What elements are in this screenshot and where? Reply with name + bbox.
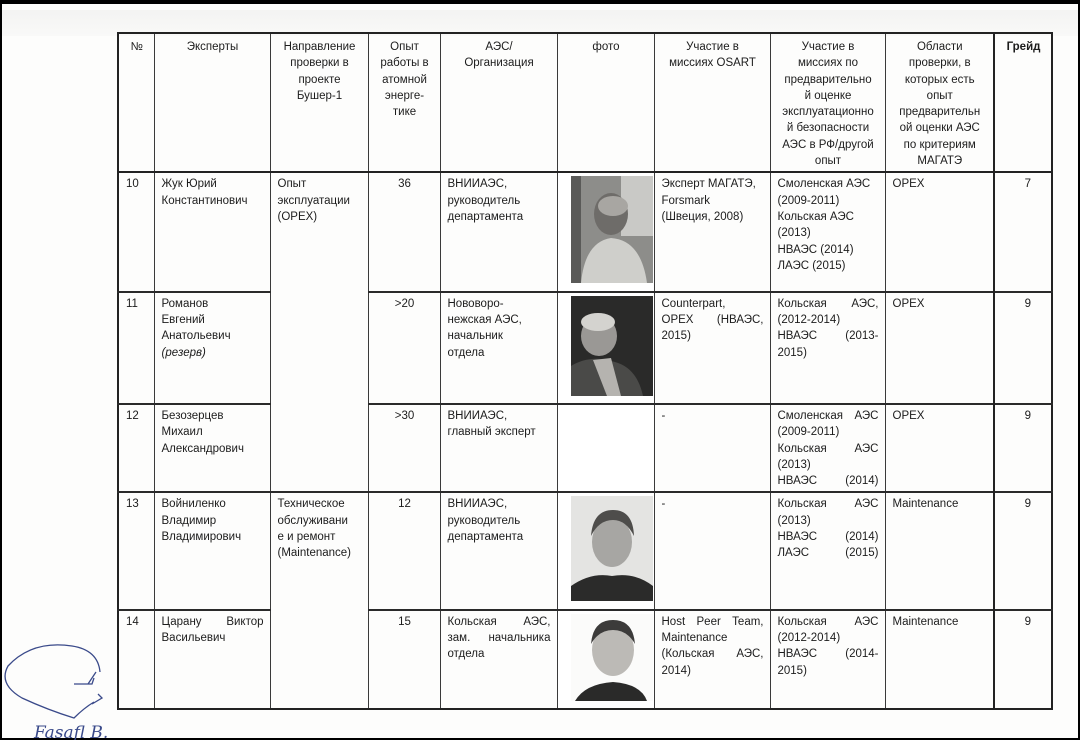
text-line: КольскаяАЭС bbox=[778, 496, 879, 512]
text-line: СмоленскаяАЭС bbox=[778, 408, 879, 424]
portrait-icon bbox=[571, 296, 653, 396]
pre-mission-participation: КольскаяАЭС(2012-2014)НВАЭС(2014-2015) bbox=[770, 610, 885, 709]
experience-years: 12 bbox=[368, 492, 440, 609]
header-pre-missions: Участие вмиссиях попредварительной оценк… bbox=[770, 33, 885, 172]
text-line: КольскаяАЭС, bbox=[448, 614, 551, 630]
photo-cell bbox=[557, 172, 654, 291]
text-line: предварительн bbox=[893, 104, 988, 120]
text-line: Васильевич bbox=[162, 630, 264, 646]
text-line: нежская АЭС, bbox=[448, 312, 551, 328]
text-line: обслуживани bbox=[278, 513, 362, 529]
portrait-icon bbox=[571, 496, 653, 601]
text-line: которых есть bbox=[893, 72, 988, 88]
text-line: (2009-2011) bbox=[778, 424, 879, 440]
table-row: 13 ВойниленкоВладимирВладимирович Технич… bbox=[118, 492, 1052, 609]
text-line: HostPeerTeam, bbox=[662, 614, 764, 630]
table-row: 11 РомановЕвгенийАнатольевич (резерв) >2… bbox=[118, 292, 1052, 404]
experts-table: № Эксперты Направлениепроверки впроектеБ… bbox=[117, 32, 1053, 710]
text-line: (2013) bbox=[778, 225, 879, 241]
text-line: (2012-2014) bbox=[778, 312, 879, 328]
text-line: НВАЭС(2014- bbox=[778, 646, 879, 662]
text-line: АЭС/ bbox=[448, 39, 551, 55]
text-line: Эксперт МАГАТЭ, bbox=[662, 176, 764, 192]
text-line: эксплуатации bbox=[278, 193, 362, 209]
text-line: 2015) bbox=[778, 663, 879, 679]
text-line: Техническое bbox=[278, 496, 362, 512]
text-line: НВАЭС(2014) bbox=[778, 529, 879, 545]
organization: КольскаяАЭС,зам.начальникаотдела bbox=[440, 610, 557, 709]
pre-mission-participation: КольскаяАЭС(2013)НВАЭС(2014)ЛАЭС(2015) bbox=[770, 492, 885, 609]
text-line: Области bbox=[893, 39, 988, 55]
expert-photo bbox=[571, 296, 653, 401]
text-line: работы в bbox=[376, 55, 434, 71]
text-line: Владимир bbox=[162, 513, 264, 529]
expert-name: БезозерцевМихаилАлександрович bbox=[154, 404, 270, 492]
text-line: ВНИИАЭС, bbox=[448, 496, 551, 512]
text-line: атомной bbox=[376, 72, 434, 88]
header-experience: Опытработы ватомнойэнерге-тике bbox=[368, 33, 440, 172]
text-line: миссиях OSART bbox=[662, 55, 764, 71]
text-line: (2013) bbox=[778, 513, 879, 529]
text-line: проверки в bbox=[278, 55, 362, 71]
grade-value: 9 bbox=[994, 404, 1052, 492]
photo-cell bbox=[557, 292, 654, 404]
scanned-page: № Эксперты Направлениепроверки впроектеБ… bbox=[2, 4, 1078, 738]
portrait-icon bbox=[571, 176, 653, 283]
expert-name: РомановЕвгенийАнатольевич (резерв) bbox=[154, 292, 270, 404]
text-line: Александрович bbox=[162, 441, 264, 457]
osart-participation: Counterpart,OPEX(НВАЭС,2015) bbox=[654, 292, 770, 404]
row-number: 13 bbox=[118, 492, 154, 609]
text-line: КольскаяАЭС bbox=[778, 614, 879, 630]
text-line: миссиях по bbox=[778, 55, 879, 71]
pre-mission-participation: СмоленскаяАЭС(2009-2011)КольскаяАЭС(2013… bbox=[770, 404, 885, 492]
text-line: эксплуатационно bbox=[778, 104, 879, 120]
review-area: Maintenance bbox=[885, 492, 994, 609]
text-line: главный эксперт bbox=[448, 424, 551, 440]
text-line: 2015) bbox=[778, 345, 879, 361]
text-line: Counterpart, bbox=[662, 296, 764, 312]
text-line: по критериям bbox=[893, 137, 988, 153]
osart-participation: - bbox=[654, 404, 770, 492]
text-line: НВАЭС(2013- bbox=[778, 328, 879, 344]
text-line: ЛАЭС(2015) bbox=[778, 545, 879, 561]
text-line: Михаил bbox=[162, 424, 264, 440]
text-line: предварительно bbox=[778, 72, 879, 88]
text-line: опыт bbox=[893, 88, 988, 104]
review-area: Maintenance bbox=[885, 610, 994, 709]
review-area: OPEX bbox=[885, 404, 994, 492]
text-line: руководитель bbox=[448, 513, 551, 529]
text-line: Бушер-1 bbox=[278, 88, 362, 104]
text-line: - bbox=[662, 408, 764, 424]
text-line: (OPEX) bbox=[278, 209, 362, 225]
text-line: Направление bbox=[278, 39, 362, 55]
text-line: зам.начальника bbox=[448, 630, 551, 646]
text-line: е и ремонт bbox=[278, 529, 362, 545]
text-line: Смоленская АЭС bbox=[778, 176, 879, 192]
text-line: начальник bbox=[448, 328, 551, 344]
text-line: Безозерцев bbox=[162, 408, 264, 424]
expert-photo bbox=[571, 176, 653, 288]
organization: Нововоро-нежская АЭС,начальникотдела bbox=[440, 292, 557, 404]
text-line: МАГАТЭ bbox=[893, 153, 988, 169]
table-row: 14 ЦарануВикторВасильевич 15 КольскаяАЭС… bbox=[118, 610, 1052, 709]
text-line: департамента bbox=[448, 529, 551, 545]
text-line: Романов bbox=[162, 296, 264, 312]
pre-mission-participation: Смоленская АЭС(2009-2011)Кольская АЭС(20… bbox=[770, 172, 885, 291]
text-line: (2013) bbox=[778, 457, 879, 473]
text-line: (Швеция, 2008) bbox=[662, 209, 764, 225]
photo-cell bbox=[557, 610, 654, 709]
text-line: ЦарануВиктор bbox=[162, 614, 264, 630]
text-line: отдела bbox=[448, 646, 551, 662]
text-line: отдела bbox=[448, 345, 551, 361]
text-line: Константинович bbox=[162, 193, 264, 209]
header-experts: Эксперты bbox=[154, 33, 270, 172]
text-line: АЭС в РФ/другой bbox=[778, 137, 879, 153]
photo-cell bbox=[557, 492, 654, 609]
signature-text: Fasafl B. bbox=[33, 723, 108, 740]
text-line: (2009-2011) bbox=[778, 193, 879, 209]
table-header: № Эксперты Направлениепроверки впроектеБ… bbox=[118, 33, 1052, 172]
text-line: энерге- bbox=[376, 88, 434, 104]
organization: ВНИИАЭС,руководительдепартамента bbox=[440, 492, 557, 609]
text-line: (2012-2014) bbox=[778, 630, 879, 646]
table-row: 12 БезозерцевМихаилАлександрович >30 ВНИ… bbox=[118, 404, 1052, 492]
header-grade: Грейд bbox=[994, 33, 1052, 172]
text-line: опыт bbox=[778, 153, 879, 169]
review-area: OPEX bbox=[885, 292, 994, 404]
experience-years: 15 bbox=[368, 610, 440, 709]
text-line: Жук Юрий bbox=[162, 176, 264, 192]
grade-value: 9 bbox=[994, 292, 1052, 404]
grade-value: 9 bbox=[994, 492, 1052, 609]
text-line: ой оценки АЭС bbox=[893, 120, 988, 136]
header-areas: Областипроверки, вкоторых естьопытпредва… bbox=[885, 33, 994, 172]
header-direction: Направлениепроверки впроектеБушер-1 bbox=[270, 33, 368, 172]
text-line: Организация bbox=[448, 55, 551, 71]
text-line: Участие в bbox=[778, 39, 879, 55]
header-photo: фото bbox=[557, 33, 654, 172]
osart-participation: Эксперт МАГАТЭ,Forsmark(Швеция, 2008) bbox=[654, 172, 770, 291]
text-line: Forsmark bbox=[662, 193, 764, 209]
direction-opex: Опытэксплуатации(OPEX) bbox=[270, 172, 368, 492]
grade-value: 9 bbox=[994, 610, 1052, 709]
expert-photo bbox=[571, 614, 653, 706]
text-line: проекте bbox=[278, 72, 362, 88]
text-line: Опыт bbox=[278, 176, 362, 192]
text-line: руководитель bbox=[448, 193, 551, 209]
text-line: департамента bbox=[448, 209, 551, 225]
text-line: НВАЭС (2014) bbox=[778, 242, 879, 258]
osart-participation: - bbox=[654, 492, 770, 609]
text-line: Кольская АЭС bbox=[778, 209, 879, 225]
table-row: 10 Жук ЮрийКонстантинович Опытэксплуатац… bbox=[118, 172, 1052, 291]
header-num: № bbox=[118, 33, 154, 172]
row-number: 12 bbox=[118, 404, 154, 492]
text-line: й оценке bbox=[778, 88, 879, 104]
text-line: тике bbox=[376, 104, 434, 120]
header-organization: АЭС/Организация bbox=[440, 33, 557, 172]
reserve-note: (резерв) bbox=[162, 345, 264, 361]
text-line: ЛАЭС (2015) bbox=[778, 258, 879, 274]
text-line: Участие в bbox=[662, 39, 764, 55]
text-line: Владимирович bbox=[162, 529, 264, 545]
text-line: Анатольевич bbox=[162, 328, 264, 344]
text-line: (КольскаяАЭС, bbox=[662, 646, 764, 662]
text-line: - bbox=[662, 496, 764, 512]
portrait-icon bbox=[571, 614, 653, 701]
text-line: 2014) bbox=[662, 663, 764, 679]
expert-name: ВойниленкоВладимирВладимирович bbox=[154, 492, 270, 609]
text-line: Евгений bbox=[162, 312, 264, 328]
organization: ВНИИАЭС,руководительдепартамента bbox=[440, 172, 557, 291]
experience-years: 36 bbox=[368, 172, 440, 291]
text-line: Maintenance bbox=[662, 630, 764, 646]
row-number: 11 bbox=[118, 292, 154, 404]
text-line: Опыт bbox=[376, 39, 434, 55]
osart-participation: HostPeerTeam,Maintenance(КольскаяАЭС,201… bbox=[654, 610, 770, 709]
expert-photo bbox=[571, 496, 653, 606]
text-line: Нововоро- bbox=[448, 296, 551, 312]
text-line: ВНИИАЭС, bbox=[448, 176, 551, 192]
expert-name: Жук ЮрийКонстантинович bbox=[154, 172, 270, 291]
handwritten-signature: Fasafl B. bbox=[2, 632, 162, 740]
organization: ВНИИАЭС,главный эксперт bbox=[440, 404, 557, 492]
experience-years: >20 bbox=[368, 292, 440, 404]
text-line: 2015) bbox=[662, 328, 764, 344]
text-line: й безопасности bbox=[778, 120, 879, 136]
text-line: ВНИИАЭС, bbox=[448, 408, 551, 424]
text-line: НВАЭС(2014) bbox=[778, 473, 879, 489]
signature-icon: Fasafl B. bbox=[2, 632, 162, 740]
direction-maintenance: Техническоеобслуживание и ремонт(Mainten… bbox=[270, 492, 368, 709]
text-line: OPEX(НВАЭС, bbox=[662, 312, 764, 328]
text-line: Войниленко bbox=[162, 496, 264, 512]
expert-name: ЦарануВикторВасильевич bbox=[154, 610, 270, 709]
experience-years: >30 bbox=[368, 404, 440, 492]
text-line: (Maintenance) bbox=[278, 545, 362, 561]
text-line: КольскаяАЭС bbox=[778, 441, 879, 457]
name-lines: РомановЕвгенийАнатольевич bbox=[162, 296, 264, 345]
row-number: 10 bbox=[118, 172, 154, 291]
text-line: проверки, в bbox=[893, 55, 988, 71]
review-area: OPEX bbox=[885, 172, 994, 291]
header-osart: Участие вмиссиях OSART bbox=[654, 33, 770, 172]
text-line: КольскаяАЭС, bbox=[778, 296, 879, 312]
grade-value: 7 bbox=[994, 172, 1052, 291]
photo-cell-empty bbox=[557, 404, 654, 492]
pre-mission-participation: КольскаяАЭС,(2012-2014)НВАЭС(2013-2015) bbox=[770, 292, 885, 404]
